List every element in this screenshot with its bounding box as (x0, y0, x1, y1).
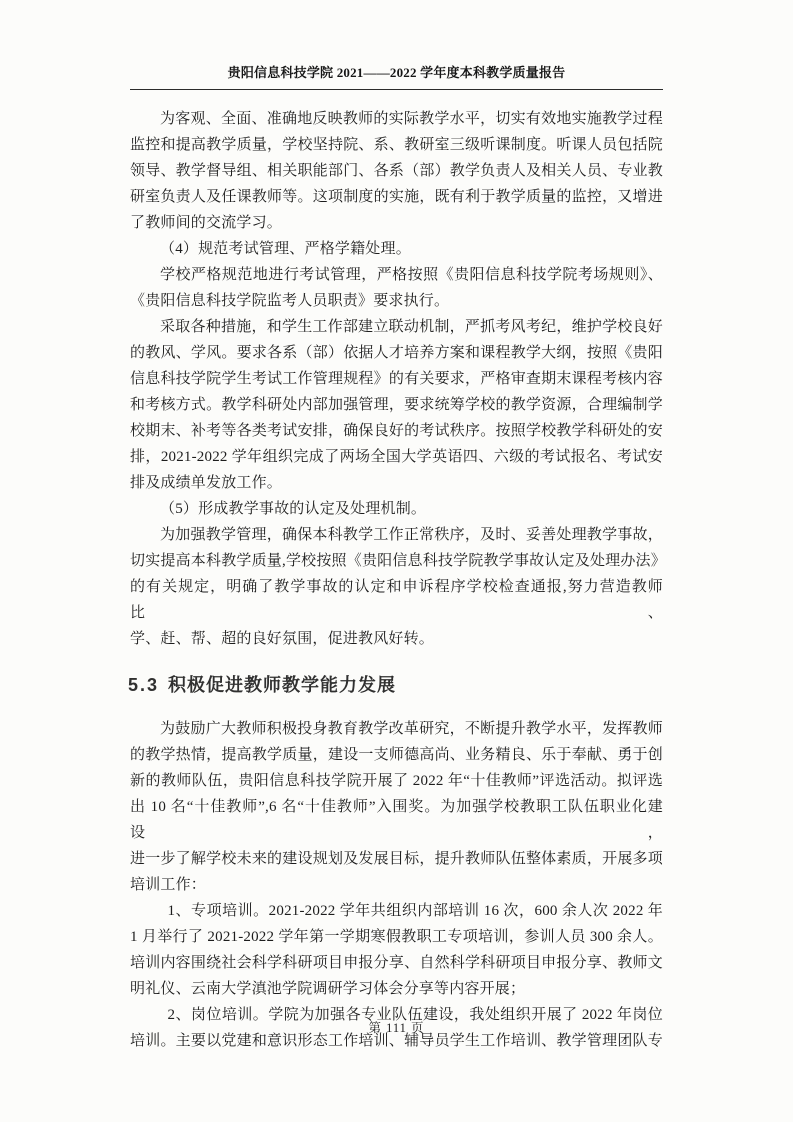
paragraph: 1、专项培训。2021-2022 学年共组织内部培训 16 次，600 余人次 … (130, 898, 663, 1002)
text-line: 排，2021-2022 学年组织完成了两场全国大学英语四、六级的考试报名、考试安 (130, 444, 663, 470)
text-line: 培训内容围绕社会科学科研项目申报分享、自然科学科研项目申报分享、教师文 (130, 950, 663, 976)
text-line: 1 月举行了 2021-2022 学年第一学期寒假教职工专项培训，参训人员 30… (130, 924, 663, 950)
text-line: 采取各种措施，和学生工作部建立联动机制，严抓考风考纪，维护学校良好 (130, 314, 663, 340)
content: 为客观、全面、准确地反映教师的实际教学水平，切实有效地实施教学过程监控和提高教学… (130, 90, 663, 1054)
paragraph: 学校严格规范地进行考试管理，严格按照《贵阳信息科技学院考场规则》、《贵阳信息科技… (130, 262, 663, 314)
text-line: 为加强教学管理，确保本科教学工作正常秩序，及时、妥善处理教学事故， (130, 522, 663, 548)
text-line: 学、赶、帮、超的良好氛围，促进教风好转。 (130, 626, 663, 652)
document-page: 贵阳信息科技学院 2021——2022 学年度本科教学质量报告 为客观、全面、准… (0, 0, 793, 1122)
text-line: 出 10 名“十佳教师”,6 名“十佳教师”入围奖。为加强学校教职工队伍职业化建… (130, 794, 663, 846)
text-line: 排及成绩单发放工作。 (130, 470, 663, 496)
header-title: 贵阳信息科技学院 2021——2022 学年度本科教学质量报告 (0, 64, 793, 81)
text-line: 为客观、全面、准确地反映教师的实际教学水平，切实有效地实施教学过程 (130, 106, 663, 132)
paragraph: （5）形成教学事故的认定及处理机制。 (130, 496, 663, 522)
text-line: 1、专项培训。2021-2022 学年共组织内部培训 16 次，600 余人次 … (130, 898, 663, 924)
paragraph: 为客观、全面、准确地反映教师的实际教学水平，切实有效地实施教学过程监控和提高教学… (130, 106, 663, 236)
text-line: 的教风、学风。要求各系（部）依据人才培养方案和课程教学大纲，按照《贵阳 (130, 340, 663, 366)
text-line: （4）规范考试管理、严格学籍处理。 (130, 236, 663, 262)
text-line: 切实提高本科教学质量,学校按照《贵阳信息科技学院教学事故认定及处理办法》 (130, 548, 663, 574)
text-line: 和考核方式。教学科研处内部加强管理，要求统筹学校的教学资源，合理编制学 (130, 392, 663, 418)
heading-title: 积极促进教师教学能力发展 (168, 675, 396, 695)
paragraph: 为鼓励广大教师积极投身教育教学改革研究，不断提升教学水平，发挥教师的教学热情，提… (130, 716, 663, 898)
text-line: 了教师间的交流学习。 (130, 210, 663, 236)
page-number: 第 111 页 (0, 1018, 793, 1036)
page-header: 贵阳信息科技学院 2021——2022 学年度本科教学质量报告 (0, 0, 793, 90)
text-line: （5）形成教学事故的认定及处理机制。 (130, 496, 663, 522)
text-line: 为鼓励广大教师积极投身教育教学改革研究，不断提升教学水平，发挥教师 (130, 716, 663, 742)
paragraph: （4）规范考试管理、严格学籍处理。 (130, 236, 663, 262)
text-line: 领导、教学督导组、相关职能部门、各系（部）教学负责人及相关人员、专业教 (130, 158, 663, 184)
text-line: 信息科技学院学生考试工作管理规程》的有关要求，严格审查期末课程考核内容 (130, 366, 663, 392)
text-line: 的有关规定，明确了教学事故的认定和申诉程序学校检查通报,努力营造教师比、 (130, 574, 663, 626)
text-line: 进一步了解学校未来的建设规划及发展目标，提升教师队伍整体素质，开展多项 (130, 846, 663, 872)
heading-number: 5.3 (128, 675, 159, 695)
text-line: 《贵阳信息科技学院监考人员职责》要求执行。 (130, 288, 663, 314)
text-line: 校期末、补考等各类考试安排，确保良好的考试秩序。按照学校教学科研处的安 (130, 418, 663, 444)
paragraph: 为加强教学管理，确保本科教学工作正常秩序，及时、妥善处理教学事故，切实提高本科教… (130, 522, 663, 652)
paragraph: 采取各种措施，和学生工作部建立联动机制，严抓考风考纪，维护学校良好的教风、学风。… (130, 314, 663, 496)
section-heading: 5.3积极促进教师教学能力发展 (128, 670, 663, 700)
text-line: 学校严格规范地进行考试管理，严格按照《贵阳信息科技学院考场规则》、 (130, 262, 663, 288)
text-line: 监控和提高教学质量，学校坚持院、系、教研室三级听课制度。听课人员包括院 (130, 132, 663, 158)
text-line: 培训工作： (130, 872, 663, 898)
text-line: 的教学热情，提高教学质量，建设一支师德高尚、业务精良、乐于奉献、勇于创 (130, 742, 663, 768)
text-line: 新的教师队伍，贵阳信息科技学院开展了 2022 年“十佳教师”评选活动。拟评选 (130, 768, 663, 794)
text-line: 研室负责人及任课教师等。这项制度的实施，既有利于教学质量的监控，又增进 (130, 184, 663, 210)
text-line: 明礼仪、云南大学滇池学院调研学习体会分享等内容开展； (130, 976, 663, 1002)
section-teacher-development: 为鼓励广大教师积极投身教育教学改革研究，不断提升教学水平，发挥教师的教学热情，提… (130, 716, 663, 1054)
section-exam-management: 为客观、全面、准确地反映教师的实际教学水平，切实有效地实施教学过程监控和提高教学… (130, 106, 663, 652)
